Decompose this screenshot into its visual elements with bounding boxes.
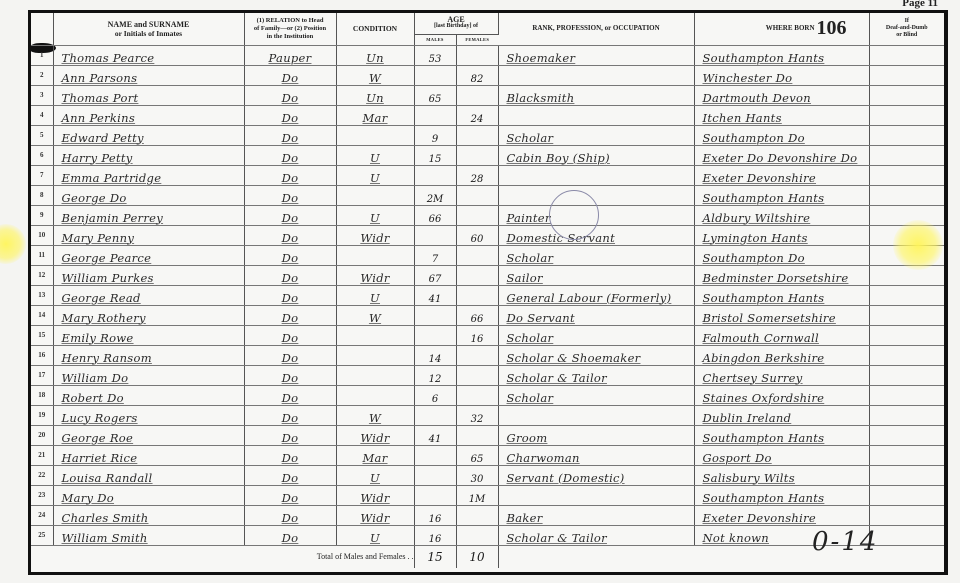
cell-condition-text: U — [337, 531, 414, 545]
cell-female-age: 65 — [456, 445, 498, 465]
cell-deaf-blind — [869, 405, 944, 425]
cell-female-age-text: 65 — [457, 454, 498, 465]
cell-male-age: 16 — [414, 505, 456, 525]
cell-occupation-text: Scholar — [499, 331, 694, 345]
cell-female-age: 24 — [456, 105, 498, 125]
cell-name: Ann Perkins — [53, 105, 244, 125]
cell-relation-text: Do — [245, 291, 336, 305]
cell-name: Thomas Pearce — [53, 45, 244, 65]
cell-name: William Do — [53, 365, 244, 385]
totals-label: Total of Males and Females . . — [31, 545, 414, 568]
cell-condition: W — [336, 305, 414, 325]
cell-name-text: Edward Petty — [54, 131, 244, 145]
cell-condition-text: Widr — [337, 491, 414, 505]
cell-female-age — [456, 505, 498, 525]
cell-condition — [336, 125, 414, 145]
pencil-circle-mark — [549, 190, 599, 240]
cell-male-age: 14 — [414, 345, 456, 365]
cell-where-born: Southampton Hants — [694, 425, 869, 445]
cell-relation-text: Do — [245, 211, 336, 225]
cell-relation-text: Pauper — [245, 51, 336, 65]
page-number: Page 11 — [902, 0, 938, 9]
cell-condition — [336, 245, 414, 265]
cell-relation-text: Do — [245, 191, 336, 205]
cell-name-text: George Roe — [54, 431, 244, 445]
cell-male-age-text: 16 — [415, 534, 456, 545]
cell-occupation: Charwoman — [498, 445, 694, 465]
table-row: 5Edward PettyDo9ScholarSouthampton Do — [31, 125, 944, 145]
cell-male-age — [414, 465, 456, 485]
cell-male-age-text: 66 — [415, 214, 456, 225]
cell-name-text: Harriet Rice — [54, 451, 244, 465]
total-females: 10 — [456, 545, 498, 568]
cell-relation: Do — [244, 405, 336, 425]
cell-female-age-text: 28 — [457, 174, 498, 185]
cell-relation: Do — [244, 465, 336, 485]
cell-condition: Widr — [336, 505, 414, 525]
cell-where-born: Southampton Do — [694, 245, 869, 265]
cell-where-born-text: Dartmouth Devon — [695, 91, 869, 105]
row-number: 1 — [31, 45, 53, 65]
cell-relation-text: Do — [245, 151, 336, 165]
cell-relation-text: Do — [245, 371, 336, 385]
cell-male-age: 12 — [414, 365, 456, 385]
cell-relation-text: Do — [245, 411, 336, 425]
cell-occupation-text: Baker — [499, 511, 694, 525]
cell-relation: Do — [244, 165, 336, 185]
cell-occupation-text: Scholar — [499, 131, 694, 145]
cell-name: George Pearce — [53, 245, 244, 265]
cell-where-born: Gosport Do — [694, 445, 869, 465]
cell-name: Mary Penny — [53, 225, 244, 245]
row-number: 18 — [31, 385, 53, 405]
cell-relation: Do — [244, 85, 336, 105]
cell-deaf-blind — [869, 325, 944, 345]
cell-male-age-text: 2M — [415, 194, 456, 205]
cell-name: Ann Parsons — [53, 65, 244, 85]
cell-occupation-text: Groom — [499, 431, 694, 445]
cell-occupation-text: Scholar & Tailor — [499, 371, 694, 385]
table-row: 23Mary DoDoWidr1MSouthampton Hants — [31, 485, 944, 505]
table-row: 11George PearceDo7ScholarSouthampton Do — [31, 245, 944, 265]
cell-deaf-blind — [869, 145, 944, 165]
cell-where-born-text: Abingdon Berkshire — [695, 351, 869, 365]
cell-name: George Roe — [53, 425, 244, 445]
cell-occupation — [498, 405, 694, 425]
census-table: NAME and SURNAME or Initials of Inmates … — [31, 13, 944, 568]
cell-female-age: 66 — [456, 305, 498, 325]
cell-occupation: Scholar — [498, 245, 694, 265]
row-number: 13 — [31, 285, 53, 305]
schedule-number: 106 — [817, 17, 847, 39]
cell-name-text: George Pearce — [54, 251, 244, 265]
cell-relation: Do — [244, 345, 336, 365]
cell-deaf-blind — [869, 505, 944, 525]
cell-name: Harriet Rice — [53, 445, 244, 465]
cell-occupation: Scholar — [498, 385, 694, 405]
cell-male-age-text: 53 — [415, 54, 456, 65]
cell-occupation: Domestic Servant — [498, 225, 694, 245]
highlight-mark-right — [893, 220, 943, 270]
header-age: AGE [last Birthday] of — [414, 13, 498, 34]
row-number: 6 — [31, 145, 53, 165]
cell-deaf-blind — [869, 465, 944, 485]
cell-male-age: 7 — [414, 245, 456, 265]
cell-male-age: 6 — [414, 385, 456, 405]
cell-name-text: Harry Petty — [54, 151, 244, 165]
cell-female-age-text: 60 — [457, 234, 498, 245]
table-row: 13George ReadDoU41General Labour (Former… — [31, 285, 944, 305]
cell-occupation-text: Scholar — [499, 391, 694, 405]
cell-deaf-blind — [869, 65, 944, 85]
cell-occupation-text: Sailor — [499, 271, 694, 285]
cell-occupation-text: Scholar & Tailor — [499, 531, 694, 545]
cell-relation: Do — [244, 185, 336, 205]
cell-name-text: Lucy Rogers — [54, 411, 244, 425]
table-row: 22Louisa RandallDoU30Servant (Domestic)S… — [31, 465, 944, 485]
cell-condition-text: W — [337, 311, 414, 325]
cell-relation-text: Do — [245, 331, 336, 345]
cell-occupation: General Labour (Formerly) — [498, 285, 694, 305]
cell-relation-text: Do — [245, 451, 336, 465]
cell-female-age-text: 1M — [457, 494, 498, 505]
cell-condition: Un — [336, 85, 414, 105]
cell-male-age — [414, 165, 456, 185]
cell-male-age: 15 — [414, 145, 456, 165]
table-row: 12William PurkesDoWidr67SailorBedminster… — [31, 265, 944, 285]
cell-relation: Do — [244, 385, 336, 405]
cell-name-text: William Do — [54, 371, 244, 385]
cell-relation-text: Do — [245, 531, 336, 545]
row-number: 12 — [31, 265, 53, 285]
row-number: 10 — [31, 225, 53, 245]
tally-mark: 0-14 — [812, 527, 878, 557]
cell-condition-text: Mar — [337, 451, 414, 465]
cell-name-text: Robert Do — [54, 391, 244, 405]
cell-occupation-text: Scholar — [499, 251, 694, 265]
cell-where-born-text: Chertsey Surrey — [695, 371, 869, 385]
cell-name-text: Benjamin Perrey — [54, 211, 244, 225]
cell-condition: U — [336, 465, 414, 485]
cell-where-born-text: Falmouth Cornwall — [695, 331, 869, 345]
header-condition: CONDITION — [336, 13, 414, 45]
cell-name-text: Thomas Pearce — [54, 51, 244, 65]
header-occupation: RANK, PROFESSION, or OCCUPATION — [498, 13, 694, 45]
cell-where-born-text: Southampton Hants — [695, 431, 869, 445]
table-row: 4Ann PerkinsDoMar24Itchen Hants — [31, 105, 944, 125]
table-row: 2Ann ParsonsDoW82Winchester Do — [31, 65, 944, 85]
cell-deaf-blind — [869, 185, 944, 205]
cell-relation-text: Do — [245, 91, 336, 105]
cell-where-born-text: Bedminster Dorsetshire — [695, 271, 869, 285]
cell-condition: Mar — [336, 445, 414, 465]
cell-male-age — [414, 485, 456, 505]
cell-relation-text: Do — [245, 311, 336, 325]
cell-relation: Do — [244, 65, 336, 85]
cell-condition: Mar — [336, 105, 414, 125]
row-number: 5 — [31, 125, 53, 145]
cell-condition-text: U — [337, 291, 414, 305]
cell-relation: Do — [244, 305, 336, 325]
cell-where-born: Dublin Ireland — [694, 405, 869, 425]
cell-condition — [336, 185, 414, 205]
cell-occupation: Cabin Boy (Ship) — [498, 145, 694, 165]
cell-occupation: Scholar — [498, 325, 694, 345]
cell-occupation-text: Cabin Boy (Ship) — [499, 151, 694, 165]
cell-relation: Do — [244, 445, 336, 465]
cell-where-born-text: Aldbury Wiltshire — [695, 211, 869, 225]
cell-male-age-text: 67 — [415, 274, 456, 285]
cell-condition: W — [336, 65, 414, 85]
cell-name-text: Henry Ransom — [54, 351, 244, 365]
table-row: 18Robert DoDo6ScholarStaines Oxfordshire — [31, 385, 944, 405]
cell-name: William Smith — [53, 525, 244, 545]
cell-occupation-text: Blacksmith — [499, 91, 694, 105]
cell-deaf-blind — [869, 525, 944, 545]
cell-where-born: Dartmouth Devon — [694, 85, 869, 105]
cell-male-age-text: 9 — [415, 134, 456, 145]
cell-where-born-text: Lymington Hants — [695, 231, 869, 245]
cell-where-born-text: Southampton Hants — [695, 191, 869, 205]
cell-male-age — [414, 305, 456, 325]
cell-where-born-text: Itchen Hants — [695, 111, 869, 125]
table-row: 9Benjamin PerreyDoU66PainterAldbury Wilt… — [31, 205, 944, 225]
cell-male-age: 53 — [414, 45, 456, 65]
cell-occupation: Blacksmith — [498, 85, 694, 105]
cell-condition-text: Un — [337, 91, 414, 105]
table-row: 8George DoDo2MSouthampton Hants — [31, 185, 944, 205]
cell-occupation — [498, 65, 694, 85]
cell-where-born-text: Southampton Hants — [695, 51, 869, 65]
cell-occupation: Groom — [498, 425, 694, 445]
cell-relation: Do — [244, 505, 336, 525]
row-number: 20 — [31, 425, 53, 445]
cell-condition: U — [336, 285, 414, 305]
cell-name: Lucy Rogers — [53, 405, 244, 425]
row-number: 21 — [31, 445, 53, 465]
cell-female-age — [456, 245, 498, 265]
cell-deaf-blind — [869, 445, 944, 465]
cell-condition-text: U — [337, 211, 414, 225]
cell-where-born: Winchester Do — [694, 65, 869, 85]
cell-relation: Do — [244, 425, 336, 445]
cell-name: Mary Rothery — [53, 305, 244, 325]
cell-male-age: 67 — [414, 265, 456, 285]
cell-where-born-text: Southampton Do — [695, 131, 869, 145]
cell-occupation: Shoemaker — [498, 45, 694, 65]
cell-deaf-blind — [869, 265, 944, 285]
cell-where-born-text: Exeter Do Devonshire Do — [695, 151, 869, 165]
cell-name-text: George Read — [54, 291, 244, 305]
cell-relation-text: Do — [245, 131, 336, 145]
cell-condition — [336, 365, 414, 385]
cell-name: William Purkes — [53, 265, 244, 285]
cell-deaf-blind — [869, 345, 944, 365]
total-males: 15 — [414, 545, 456, 568]
cell-female-age: 82 — [456, 65, 498, 85]
cell-where-born: Southampton Hants — [694, 285, 869, 305]
cell-male-age: 41 — [414, 285, 456, 305]
cell-relation: Do — [244, 365, 336, 385]
cell-female-age — [456, 385, 498, 405]
cell-condition — [336, 325, 414, 345]
cell-occupation: Baker — [498, 505, 694, 525]
cell-relation-text: Do — [245, 351, 336, 365]
cell-male-age — [414, 405, 456, 425]
cell-name: Benjamin Perrey — [53, 205, 244, 225]
cell-name: George Read — [53, 285, 244, 305]
cell-condition: Widr — [336, 225, 414, 245]
cell-female-age — [456, 425, 498, 445]
cell-condition-text: U — [337, 151, 414, 165]
cell-occupation: Do Servant — [498, 305, 694, 325]
cell-where-born-text: Gosport Do — [695, 451, 869, 465]
cell-where-born: Exeter Devonshire — [694, 165, 869, 185]
header-relation: (1) RELATION to Head of Family—or (2) Po… — [244, 13, 336, 45]
cell-name-text: Ann Perkins — [54, 111, 244, 125]
cell-occupation: Sailor — [498, 265, 694, 285]
cell-relation-text: Do — [245, 171, 336, 185]
cell-where-born-text: Bristol Somersetshire — [695, 311, 869, 325]
header-deaf-blind: If Deaf-and-Dumb or Blind — [869, 13, 944, 45]
cell-occupation-text: Domestic Servant — [499, 231, 694, 245]
cell-female-age: 16 — [456, 325, 498, 345]
cell-male-age — [414, 65, 456, 85]
cell-name: Edward Petty — [53, 125, 244, 145]
cell-where-born-text: Exeter Devonshire — [695, 171, 869, 185]
cell-relation: Do — [244, 225, 336, 245]
header-females: FEMALES — [456, 34, 498, 45]
cell-condition-text: W — [337, 71, 414, 85]
cell-female-age — [456, 45, 498, 65]
cell-relation: Pauper — [244, 45, 336, 65]
cell-condition: U — [336, 525, 414, 545]
cell-condition-text: Widr — [337, 511, 414, 525]
cell-condition: U — [336, 145, 414, 165]
cell-deaf-blind — [869, 45, 944, 65]
cell-male-age: 65 — [414, 85, 456, 105]
row-number: 4 — [31, 105, 53, 125]
cell-deaf-blind — [869, 105, 944, 125]
cell-name-text: Mary Penny — [54, 231, 244, 245]
cell-deaf-blind — [869, 125, 944, 145]
cell-where-born-text: Southampton Do — [695, 251, 869, 265]
cell-occupation-text: Shoemaker — [499, 51, 694, 65]
cell-female-age-text: 82 — [457, 74, 498, 85]
cell-male-age-text: 6 — [415, 394, 456, 405]
row-number: 24 — [31, 505, 53, 525]
cell-relation: Do — [244, 485, 336, 505]
cell-name: George Do — [53, 185, 244, 205]
cell-condition — [336, 385, 414, 405]
cell-male-age — [414, 105, 456, 125]
cell-male-age-text: 7 — [415, 254, 456, 265]
cell-male-age — [414, 445, 456, 465]
cell-female-age — [456, 365, 498, 385]
totals-row: Total of Males and Females . . 15 10 — [31, 545, 944, 568]
row-number: 8 — [31, 185, 53, 205]
cell-occupation — [498, 105, 694, 125]
cell-female-age — [456, 525, 498, 545]
cell-where-born: Itchen Hants — [694, 105, 869, 125]
cell-occupation-text: Charwoman — [499, 451, 694, 465]
cell-relation-text: Do — [245, 71, 336, 85]
header-row-number — [31, 13, 53, 45]
row-number: 19 — [31, 405, 53, 425]
cell-name-text: Ann Parsons — [54, 71, 244, 85]
cell-where-born-text: Winchester Do — [695, 71, 869, 85]
cell-where-born: Exeter Do Devonshire Do — [694, 145, 869, 165]
cell-where-born: Exeter Devonshire — [694, 505, 869, 525]
header-name: NAME and SURNAME or Initials of Inmates — [53, 13, 244, 45]
cell-name-text: William Purkes — [54, 271, 244, 285]
cell-occupation: Servant (Domestic) — [498, 465, 694, 485]
cell-condition-text: Widr — [337, 231, 414, 245]
cell-female-age-text: 32 — [457, 414, 498, 425]
cell-male-age-text: 16 — [415, 514, 456, 525]
census-sheet: NAME and SURNAME or Initials of Inmates … — [28, 10, 948, 575]
cell-occupation-text: Servant (Domestic) — [499, 471, 694, 485]
cell-male-age — [414, 325, 456, 345]
cell-female-age — [456, 185, 498, 205]
cell-name: Mary Do — [53, 485, 244, 505]
cell-name: Henry Ransom — [53, 345, 244, 365]
table-row: 1Thomas PearcePauperUn53ShoemakerSoutham… — [31, 45, 944, 65]
table-row: 14Mary RotheryDoW66Do ServantBristol Som… — [31, 305, 944, 325]
cell-name-text: Emma Partridge — [54, 171, 244, 185]
row-number: 3 — [31, 85, 53, 105]
header-where-born: WHERE BORN106 — [694, 13, 869, 45]
cell-name-text: George Do — [54, 191, 244, 205]
cell-female-age — [456, 345, 498, 365]
cell-name: Robert Do — [53, 385, 244, 405]
cell-where-born: Abingdon Berkshire — [694, 345, 869, 365]
cell-occupation — [498, 185, 694, 205]
cell-relation: Do — [244, 525, 336, 545]
table-row: 20George RoeDoWidr41GroomSouthampton Han… — [31, 425, 944, 445]
row-number: 15 — [31, 325, 53, 345]
cell-name: Harry Petty — [53, 145, 244, 165]
cell-name-text: Emily Rowe — [54, 331, 244, 345]
cell-deaf-blind — [869, 85, 944, 105]
cell-name: Louisa Randall — [53, 465, 244, 485]
cell-occupation-text: General Labour (Formerly) — [499, 291, 694, 305]
cell-where-born: Bristol Somersetshire — [694, 305, 869, 325]
cell-deaf-blind — [869, 305, 944, 325]
row-number: 23 — [31, 485, 53, 505]
cell-occupation — [498, 165, 694, 185]
cell-where-born: Southampton Do — [694, 125, 869, 145]
cell-female-age — [456, 125, 498, 145]
cell-relation: Do — [244, 265, 336, 285]
cell-where-born-text: Salisbury Wilts — [695, 471, 869, 485]
cell-where-born: Staines Oxfordshire — [694, 385, 869, 405]
table-row: 24Charles SmithDoWidr16BakerExeter Devon… — [31, 505, 944, 525]
table-row: 10Mary PennyDoWidr60Domestic ServantLymi… — [31, 225, 944, 245]
table-row: 3Thomas PortDoUn65BlacksmithDartmouth De… — [31, 85, 944, 105]
table-row: 25William SmithDoU16Scholar & TailorNot … — [31, 525, 944, 545]
cell-male-age: 2M — [414, 185, 456, 205]
cell-where-born-text: Exeter Devonshire — [695, 511, 869, 525]
cell-name-text: Thomas Port — [54, 91, 244, 105]
cell-relation-text: Do — [245, 511, 336, 525]
cell-female-age-text: 16 — [457, 334, 498, 345]
cell-male-age-text: 12 — [415, 374, 456, 385]
cell-occupation-text: Scholar & Shoemaker — [499, 351, 694, 365]
row-number: 11 — [31, 245, 53, 265]
row-number: 16 — [31, 345, 53, 365]
cell-where-born: Southampton Hants — [694, 185, 869, 205]
